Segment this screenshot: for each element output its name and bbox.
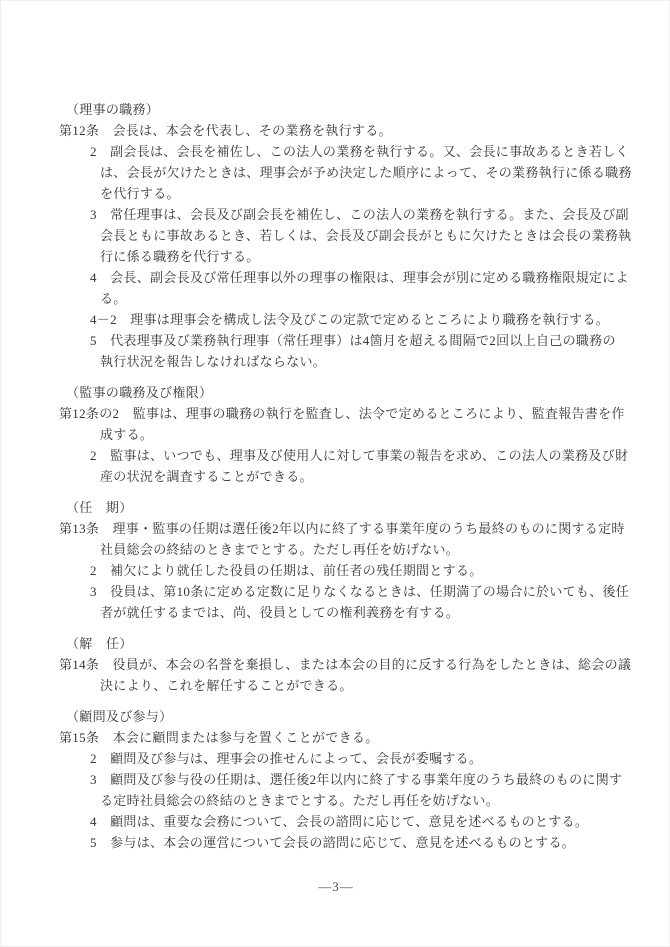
document-section: （任 期）第13条 理事・監事の任期は選任後2年以内に終了する事業年度のうち最終…	[1, 497, 670, 623]
text-line: 執行状況を報告しなければならない。	[1, 351, 670, 372]
text-line: 第13条 理事・監事の任期は選任後2年以内に終了する事業年度のうち最終のものに関…	[1, 518, 670, 539]
text-line: 決により、これを解任することができる。	[1, 675, 670, 696]
text-line: は、会長が欠けたときは、理事会が予め決定した順序によって、その業務執行に係る職務	[1, 162, 670, 183]
text-line: 2 顧問及び参与は、理事会の推せんによって、会長が委嘱する。	[1, 748, 670, 769]
text-line: 5 参与は、本会の運営について会長の諮問に応じて、意見を述べるものとする。	[1, 832, 670, 853]
text-line: る。	[1, 288, 670, 309]
text-line: 3 常任理事は、会長及び副会長を補佐し、この法人の業務を執行する。また、会長及び…	[1, 204, 670, 225]
text-line: 4 顧問は、重要な会務について、会長の諮問に応じて、意見を述べるものとする。	[1, 811, 670, 832]
section-heading: （理事の職務）	[1, 99, 670, 120]
text-line: 2 副会長は、会長を補佐し、この法人の業務を執行する。又、会長に事故あるとき若し…	[1, 141, 670, 162]
text-line: 2 監事は、いつでも、理事及び使用人に対して事業の報告を求め、この法人の業務及び…	[1, 445, 670, 466]
section-heading: （監事の職務及び権限）	[1, 382, 670, 403]
document-body: （理事の職務）第12条 会長は、本会を代表し、その業務を執行する。2 副会長は、…	[1, 99, 670, 853]
text-line: 産の状況を調査することができる。	[1, 466, 670, 487]
text-line: 5 代表理事及び業務執行理事（常任理事）は4箇月を超える間隔で2回以上自己の職務…	[1, 330, 670, 351]
document-section: （理事の職務）第12条 会長は、本会を代表し、その業務を執行する。2 副会長は、…	[1, 99, 670, 372]
text-line: 成する。	[1, 424, 670, 445]
text-line: 4－2 理事は理事会を構成し法令及びこの定款で定めるところにより職務を執行する。	[1, 309, 670, 330]
text-line: 第12条 会長は、本会を代表し、その業務を執行する。	[1, 120, 670, 141]
text-line: 会長ともに事故あるとき、若しくは、会長及び副会長がともに欠けたときは会長の業務執	[1, 225, 670, 246]
section-heading: （顧問及び参与）	[1, 706, 670, 727]
document-section: （顧問及び参与）第15条 本会に顧問または参与を置くことができる。2 顧問及び参…	[1, 706, 670, 853]
text-line: 第15条 本会に顧問または参与を置くことができる。	[1, 727, 670, 748]
text-line: 4 会長、副会長及び常任理事以外の理事の権限は、理事会が別に定める職務権限規定に…	[1, 267, 670, 288]
text-line: 3 役員は、第10条に定める定数に足りなくなるときは、任期満了の場合に於いても、…	[1, 581, 670, 602]
text-line: 3 顧問及び参与役の任期は、選任後2年以内に終了する事業年度のうち最終のものに関…	[1, 769, 670, 790]
text-line: を代行する。	[1, 183, 670, 204]
document-section: （解 任）第14条 役員が、本会の名誉を棄損し、または本会の目的に反する行為をし…	[1, 633, 670, 696]
text-line: 行に係る職務を代行する。	[1, 246, 670, 267]
section-heading: （解 任）	[1, 633, 670, 654]
text-line: る定時社員総会の終結のときまでとする。ただし再任を妨げない。	[1, 790, 670, 811]
document-page: （理事の職務）第12条 会長は、本会を代表し、その業務を執行する。2 副会長は、…	[0, 0, 670, 947]
text-line: 第14条 役員が、本会の名誉を棄損し、または本会の目的に反する行為をしたときは、…	[1, 654, 670, 675]
text-line: 2 補欠により就任した役員の任期は、前任者の残任期間とする。	[1, 560, 670, 581]
text-line: 第12条の2 監事は、理事の職務の執行を監査し、法令で定めるところにより、監査報…	[1, 403, 670, 424]
document-section: （監事の職務及び権限）第12条の2 監事は、理事の職務の執行を監査し、法令で定め…	[1, 382, 670, 487]
page-number: —3—	[1, 879, 670, 895]
text-line: 社員総会の終結のときまでとする。ただし再任を妨げない。	[1, 539, 670, 560]
section-heading: （任 期）	[1, 497, 670, 518]
text-line: 者が就任するまでは、尚、役員としての権利義務を有する。	[1, 602, 670, 623]
